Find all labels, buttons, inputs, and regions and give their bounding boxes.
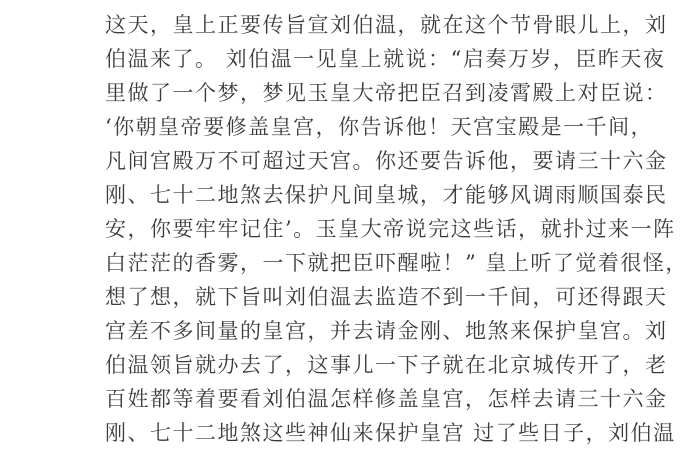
text-line: 安，你要牢牢记住’。玉皇大帝说完这些话，就扑过来一阵 <box>105 212 605 246</box>
document-text: 这天，皇上正要传旨宣刘伯温，就在这个节骨眼儿上，刘 伯温来了。 刘伯温一见皇上就… <box>105 8 605 450</box>
text-line: 刚、七十二地煞去保护凡间皇城，才能够风调雨顺国泰民 <box>105 178 605 212</box>
text-line: 刚、七十二地煞这些神仙来保护皇宫 过了些日子，刘伯温 <box>105 416 605 450</box>
text-line: ‘你朝皇帝要修盖皇宫，你告诉他！天宫宝殿是一千间， <box>105 110 605 144</box>
text-line: 白茫茫的香雾，一下就把臣吓醒啦！” 皇上听了觉着很怪， <box>105 246 605 280</box>
document-page: 这天，皇上正要传旨宣刘伯温，就在这个节骨眼儿上，刘 伯温来了。 刘伯温一见皇上就… <box>0 0 700 470</box>
text-line: 百姓都等着要看刘伯温怎样修盖皇宫，怎样去请三十六金 <box>105 382 605 416</box>
text-line: 凡间宫殿万不可超过天宫。你还要告诉他，要请三十六金 <box>105 144 605 178</box>
text-line: 伯温来了。 刘伯温一见皇上就说：“启奏万岁，臣昨天夜 <box>105 42 605 76</box>
text-line: 想了想，就下旨叫刘伯温去监造不到一千间，可还得跟天 <box>105 280 605 314</box>
text-line: 里做了一个梦，梦见玉皇大帝把臣召到凌霄殿上对臣说： <box>105 76 605 110</box>
text-line: 宫差不多间量的皇宫，并去请金刚、地煞来保护皇宫。刘 <box>105 314 605 348</box>
text-line: 伯温领旨就办去了，这事儿一下子就在北京城传开了，老 <box>105 348 605 382</box>
text-line: 这天，皇上正要传旨宣刘伯温，就在这个节骨眼儿上，刘 <box>105 8 605 42</box>
